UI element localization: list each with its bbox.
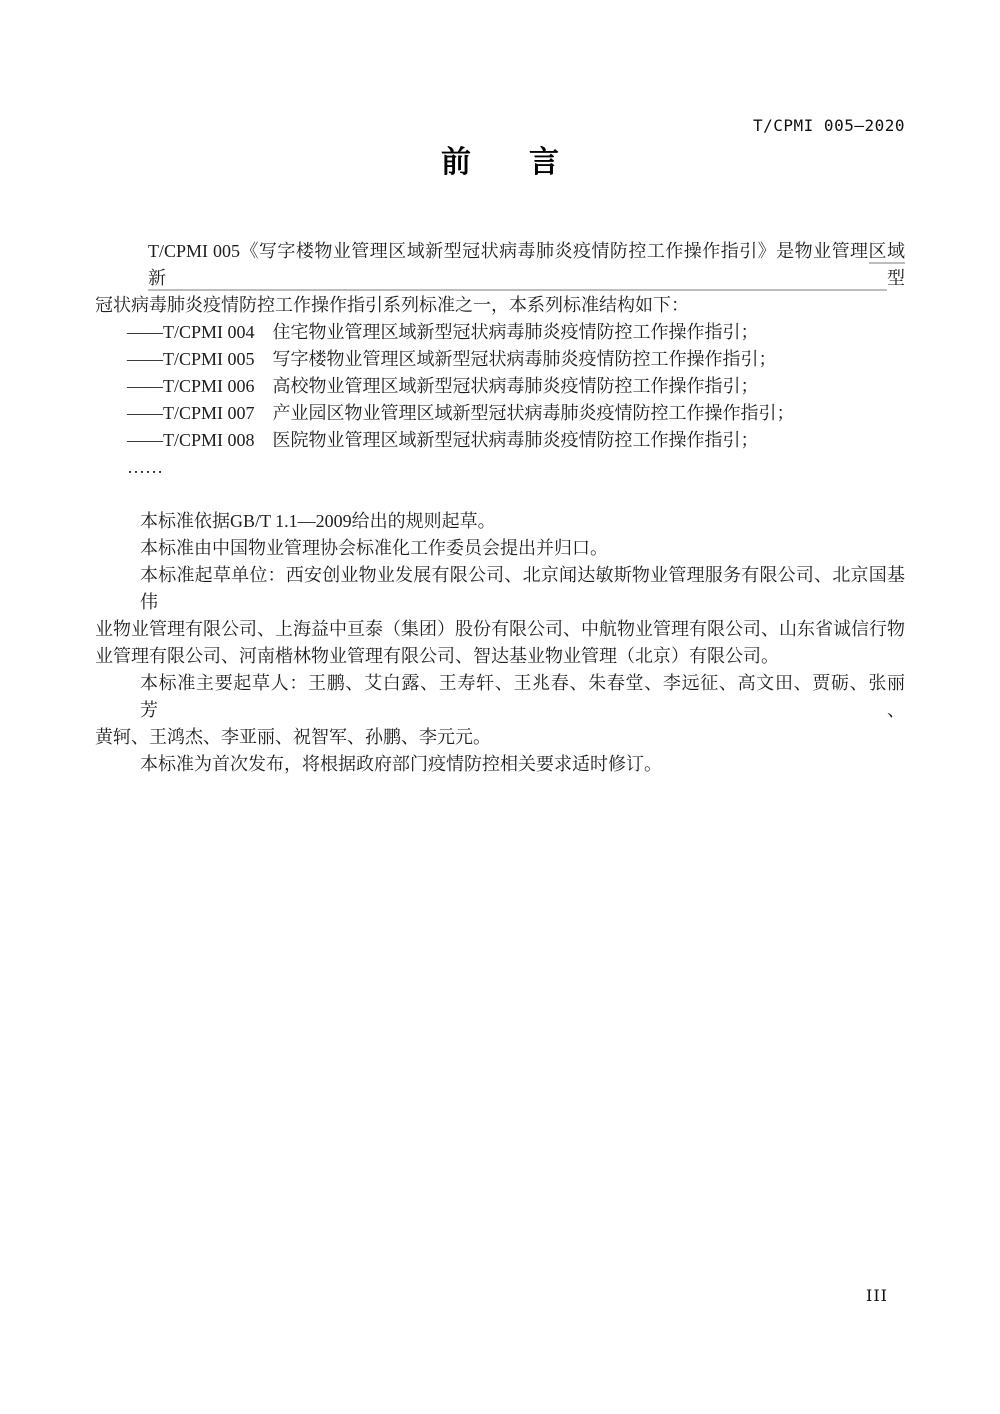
text-line: 本标准起草单位：西安创业物业发展有限公司、北京闻达敏斯物业管理服务有限公司、北京… — [95, 562, 905, 616]
text-line: 本标准主要起草人：王鹏、艾白露、王寿轩、王兆春、朱春堂、李远征、高文田、贾砺、张… — [95, 670, 905, 724]
underlined-text: 区域新 — [148, 241, 905, 291]
text-line: T/CPMI 005《写字楼物业管理区域新型冠状病毒肺炎疫情防控工作操作指引》是… — [95, 238, 905, 292]
text-line: ——T/CPMI 004 住宅物业管理区域新型冠状病毒肺炎疫情防控工作操作指引； — [95, 319, 905, 346]
blank-line — [95, 481, 905, 508]
foreword-content: T/CPMI 005《写字楼物业管理区域新型冠状病毒肺炎疫情防控工作操作指引》是… — [95, 238, 905, 778]
text-line: 本标准依据GB/T 1.1—2009给出的规则起草。 — [95, 508, 905, 535]
text-line: ——T/CPMI 005 写字楼物业管理区域新型冠状病毒肺炎疫情防控工作操作指引… — [95, 346, 905, 373]
page-title-char-2: 言 — [529, 146, 559, 179]
text-line: 本标准由中国物业管理协会标准化工作委员会提出并归口。 — [95, 535, 905, 562]
text-line: 黄轲、王鸿杰、李亚丽、祝智军、孙鹏、李元元。 — [95, 724, 905, 751]
text-line: 业管理有限公司、河南楷林物业管理有限公司、智达基业物业管理（北京）有限公司。 — [95, 643, 905, 670]
text-line: ——T/CPMI 007 产业园区物业管理区域新型冠状病毒肺炎疫情防控工作操作指… — [95, 400, 905, 427]
page-title: 前言 — [0, 147, 1000, 179]
doc-code: T/CPMI 005—2020 — [753, 116, 905, 135]
text-line: …… — [95, 454, 905, 481]
page-title-char-1: 前 — [441, 146, 471, 179]
page-number: III — [866, 1286, 888, 1305]
text-line: 冠状病毒肺炎疫情防控工作操作指引系列标准之一，本系列标准结构如下： — [95, 292, 905, 319]
text-line: 业物业管理有限公司、上海益中亘泰（集团）股份有限公司、中航物业管理有限公司、山东… — [95, 616, 905, 643]
document-page: { "header": { "doc_code": "T/CPMI 005—20… — [0, 0, 1000, 1414]
text-line: 本标准为首次发布，将根据政府部门疫情防控相关要求适时修订。 — [95, 751, 905, 778]
text-line: ——T/CPMI 008 医院物业管理区域新型冠状病毒肺炎疫情防控工作操作指引； — [95, 427, 905, 454]
text-line: ——T/CPMI 006 高校物业管理区域新型冠状病毒肺炎疫情防控工作操作指引； — [95, 373, 905, 400]
